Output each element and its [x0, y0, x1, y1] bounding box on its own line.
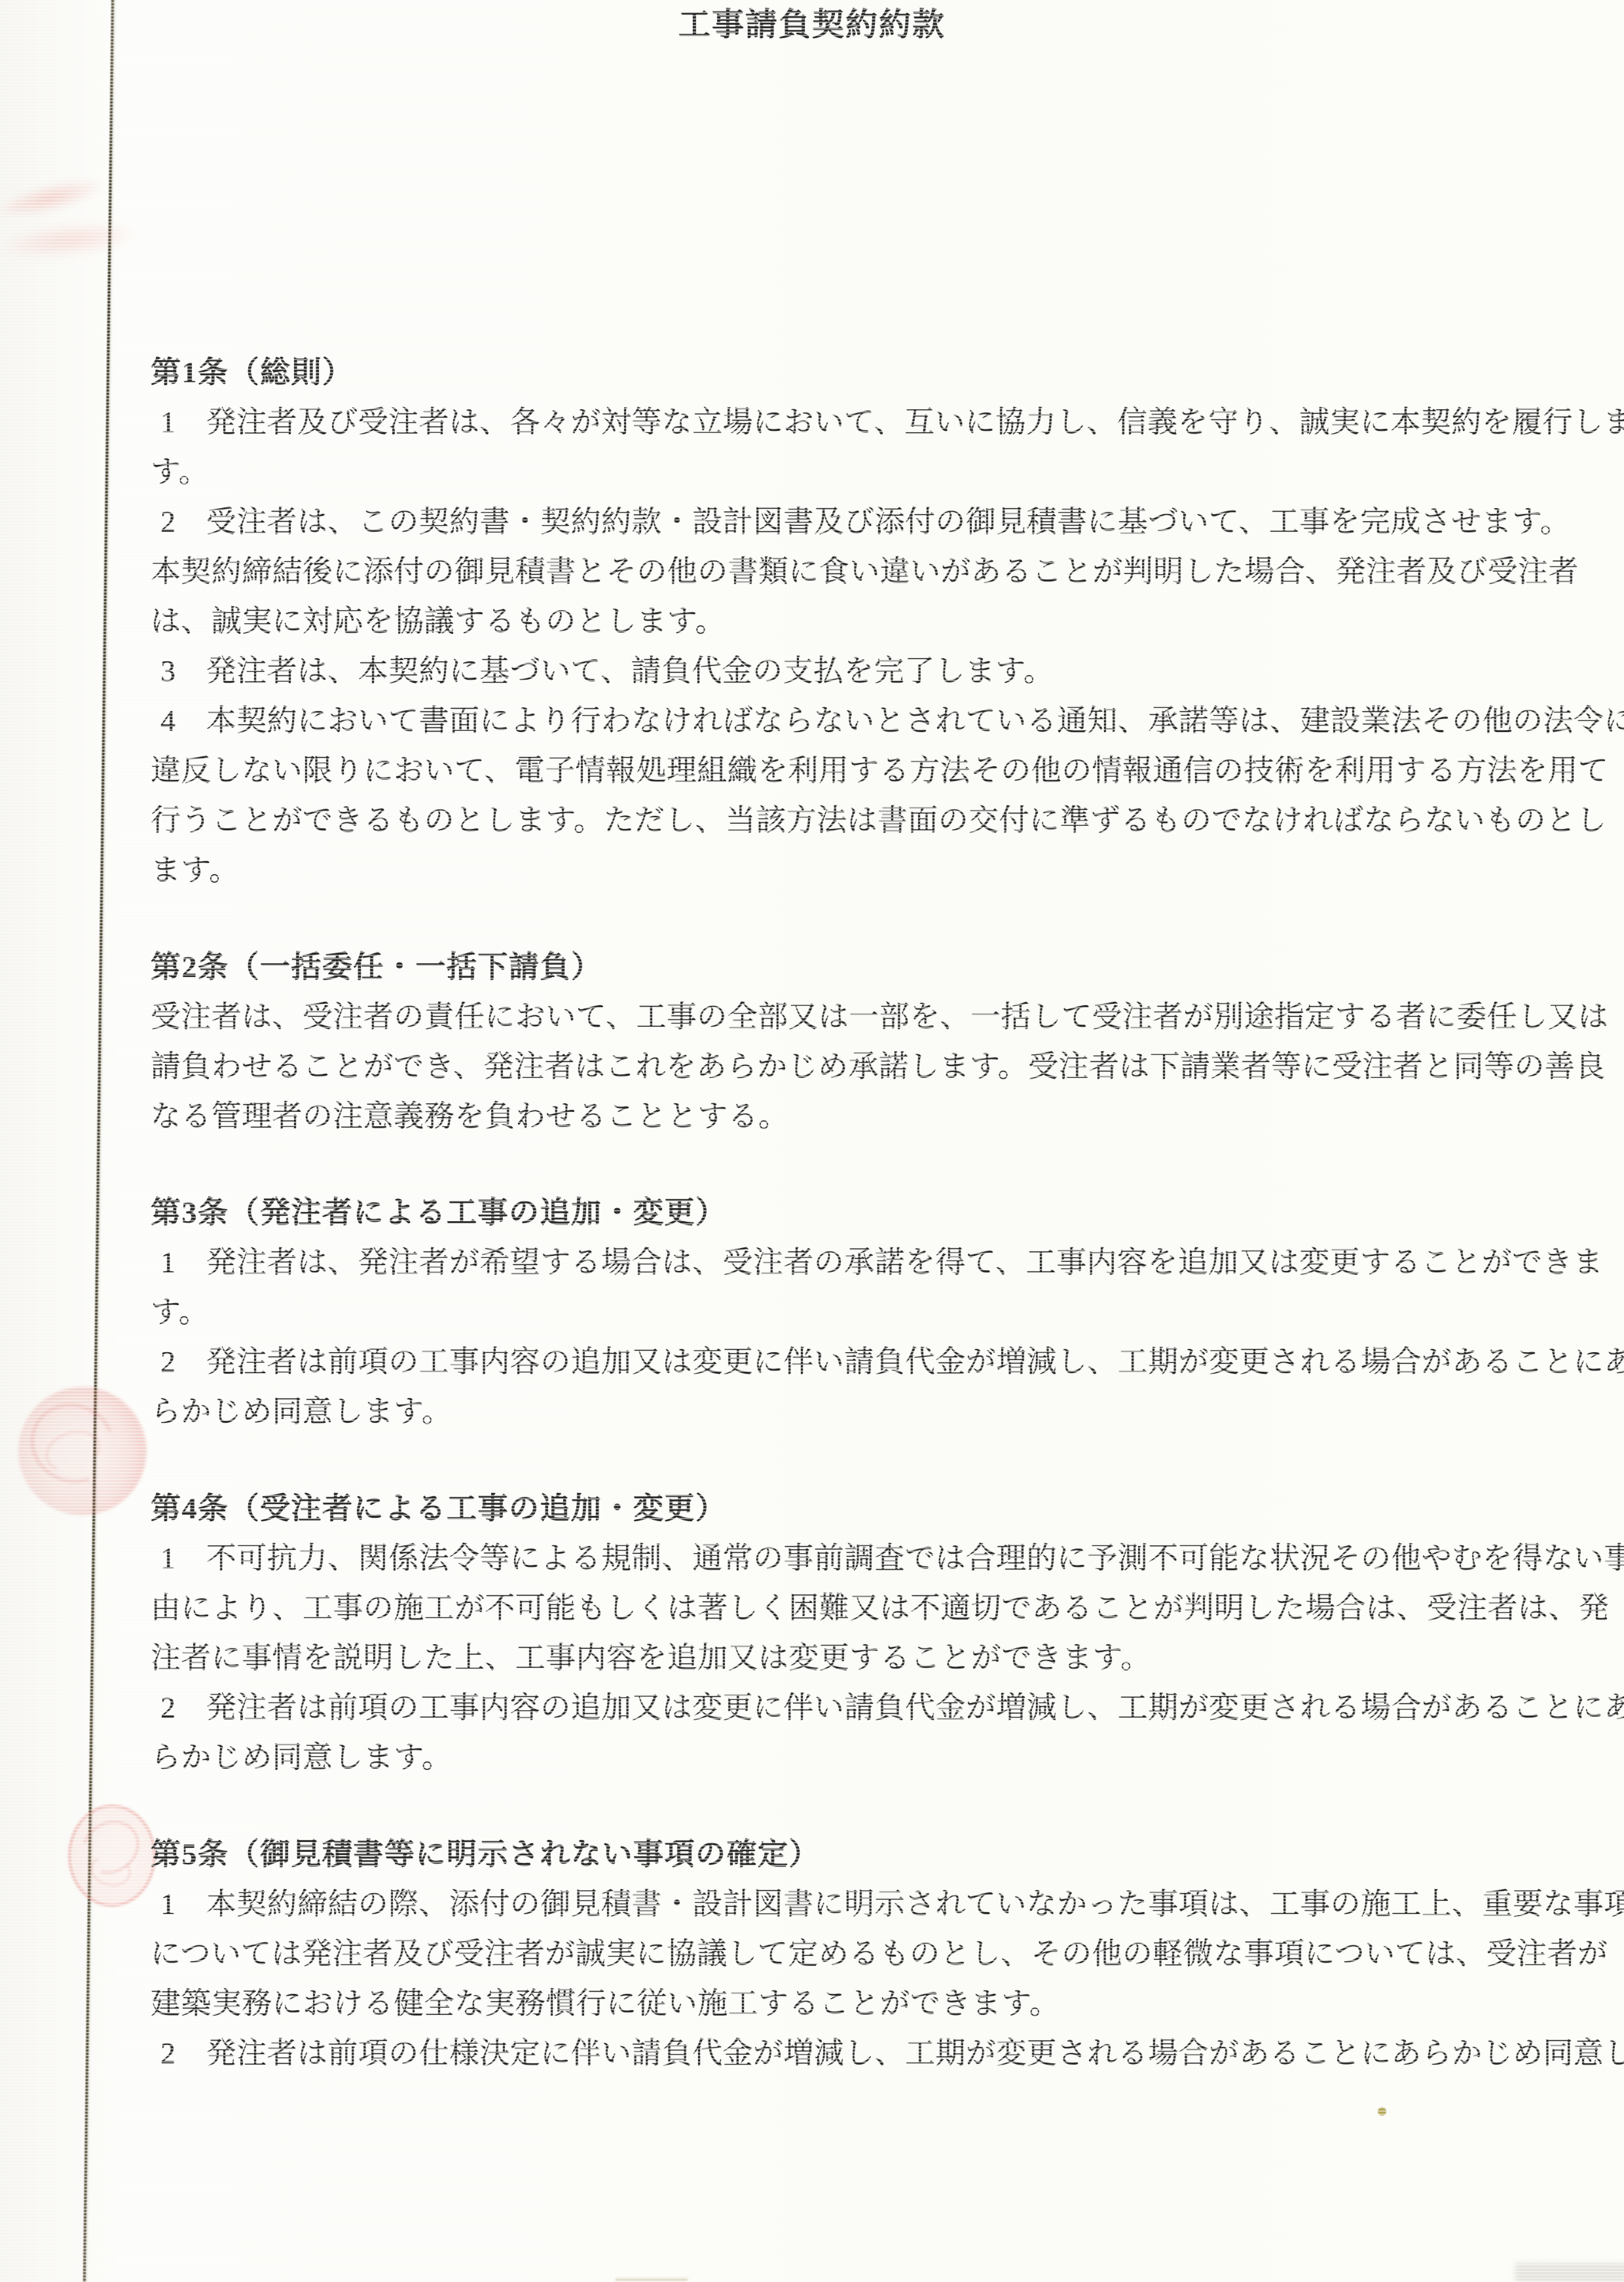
contract-line: 1 発注者及び受注者は、各々が対等な立場において、互いに協力し、信義を守り、誠実… [151, 397, 1500, 447]
contract-line: は、誠実に対応を協議するものとします。 [151, 597, 1500, 646]
article-2: 第2条（一括委任・一括下請負） 受注者は、受注者の責任において、工事の全部又は一… [151, 942, 1500, 1141]
contract-line: については発注者及び受注者が誠実に協議して定めるものとし、その他の軽微な事項につ… [151, 1929, 1500, 1979]
seal-bleedthrough-smudge-top [0, 172, 107, 225]
scanned-contract-page: 工事請負契約約款 第1条（総則） 1 発注者及び受注者は、各々が対等な立場におい… [0, 0, 1624, 2282]
red-seal-ring-bottom [68, 1805, 156, 1907]
article-1: 第1条（総則） 1 発注者及び受注者は、各々が対等な立場において、互いに協力し、… [151, 348, 1500, 895]
contract-line: 由により、工事の施工が不可能もしくは著しく困難又は不適切であることが判明した場合… [151, 1583, 1500, 1633]
contract-line: 違反しない限りにおいて、電子情報処理組織を利用する方法その他の情報通信の技術を利… [151, 746, 1500, 796]
seal-bleedthrough-smudge-top-2 [0, 217, 139, 264]
contract-line: 1 発注者は、発注者が希望する場合は、受注者の承諾を得て、工事内容を追加又は変更… [151, 1238, 1500, 1287]
scan-edge-tint [616, 2278, 688, 2281]
article-1-heading: 第1条（総則） [151, 348, 1500, 397]
contract-line: 1 本契約締結の際、添付の御見積書・設計図書に明示されていなかった事項は、工事の… [151, 1879, 1500, 1929]
contract-line: 4 本契約において書面により行わなければならないとされている通知、承諾等は、建設… [151, 696, 1500, 746]
contract-line: す。 [151, 1287, 1500, 1337]
contract-line: 2 発注者は前項の工事内容の追加又は変更に伴い請負代金が増減し、工期が変更される… [151, 1337, 1500, 1387]
article-3-heading: 第3条（発注者による工事の追加・変更） [151, 1188, 1500, 1238]
scan-corner-shadow [1515, 2263, 1624, 2282]
page-fold-line [83, 0, 114, 2282]
contract-line: 請負わせることができ、発注者はこれをあらかじめ承諾します。受注者は下請業者等に受… [151, 1042, 1500, 1092]
ink-speck [1378, 2107, 1386, 2116]
contract-line: 3 発注者は、本契約に基づいて、請負代金の支払を完了します。 [151, 646, 1500, 696]
contract-line: らかじめ同意します。 [151, 1733, 1500, 1782]
article-5-heading: 第5条（御見積書等に明示されない事項の確定） [151, 1830, 1500, 1879]
contract-line: 2 発注者は前項の工事内容の追加又は変更に伴い請負代金が増減し、工期が変更される… [151, 1683, 1500, 1733]
contract-line: 建築実務における健全な実務慣行に従い施工することができます。 [151, 1979, 1500, 2029]
contract-line: なる管理者の注意義務を負わせることとする。 [151, 1092, 1500, 1141]
article-2-heading: 第2条（一括委任・一括下請負） [151, 942, 1500, 992]
contract-line: 受注者は、受注者の責任において、工事の全部又は一部を、一括して受注者が別途指定す… [151, 992, 1500, 1042]
contract-line: 1 不可抗力、関係法令等による規制、通常の事前調査では合理的に予測不可能な状況そ… [151, 1534, 1500, 1583]
contract-line: 2 発注者は前項の仕様決定に伴い請負代金が増減し、工期が変更される場合があること… [151, 2029, 1500, 2078]
article-3: 第3条（発注者による工事の追加・変更） 1 発注者は、発注者が希望する場合は、受… [151, 1188, 1500, 1437]
contract-line: 行うことができるものとします。ただし、当該方法は書面の交付に準ずるものでなければ… [151, 796, 1500, 845]
contract-line: 本契約締結後に添付の御見積書とその他の書類に食い違いがあることが判明した場合、発… [151, 547, 1500, 597]
red-seal-bleedthrough-middle [18, 1387, 147, 1515]
contract-line: す。 [151, 447, 1500, 497]
contract-line: ます。 [151, 845, 1500, 895]
article-4: 第4条（受注者による工事の追加・変更） 1 不可抗力、関係法令等による規制、通常… [151, 1484, 1500, 1782]
contract-line: 2 受注者は、この契約書・契約約款・設計図書及び添付の御見積書に基づいて、工事を… [151, 497, 1500, 547]
contract-line: らかじめ同意します。 [151, 1387, 1500, 1437]
article-4-heading: 第4条（受注者による工事の追加・変更） [151, 1484, 1500, 1534]
contract-line: 注者に事情を説明した上、工事内容を追加又は変更することができます。 [151, 1633, 1500, 1683]
article-5: 第5条（御見積書等に明示されない事項の確定） 1 本契約締結の際、添付の御見積書… [151, 1830, 1500, 2078]
contract-title: 工事請負契約約款 [0, 0, 1624, 50]
